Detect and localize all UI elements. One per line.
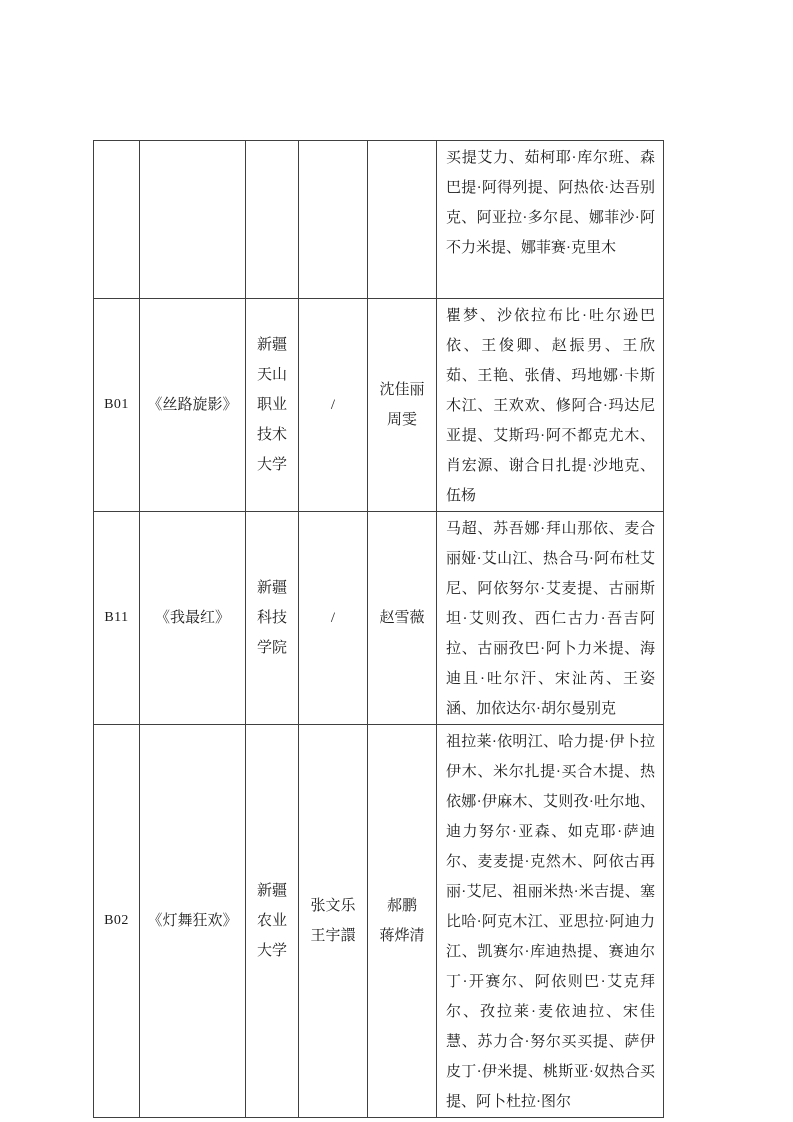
program-title-cell: 《我最红》 bbox=[140, 512, 246, 725]
program-title-cell bbox=[140, 141, 246, 299]
directors-cell: / bbox=[299, 299, 368, 512]
table-row-b01: B01 《丝路旋影》 新疆 天山 职业 技术 大学 / 沈佳丽 周雯 瞿梦、沙依… bbox=[94, 299, 664, 512]
performers-cell: 瞿梦、沙依拉布比·吐尔逊巴依、王俊卿、赵振男、王欣茹、王艳、张倩、玛地娜·卡斯木… bbox=[437, 299, 664, 512]
school-cell: 新疆 科技 学院 bbox=[246, 512, 299, 725]
directors-cell: / bbox=[299, 512, 368, 725]
instructors-cell: 赵雪薇 bbox=[368, 512, 437, 725]
table-row-b11: B11 《我最红》 新疆 科技 学院 / 赵雪薇 马超、苏吾娜·拜山那依、麦合丽… bbox=[94, 512, 664, 725]
program-code-cell: B02 bbox=[94, 725, 140, 1118]
program-table: 买提艾力、茹柯耶·库尔班、森巴提·阿得列提、阿热依·达吾别克、阿亚拉·多尔昆、娜… bbox=[93, 140, 664, 1118]
instructors-cell: 沈佳丽 周雯 bbox=[368, 299, 437, 512]
instructors-cell bbox=[368, 141, 437, 299]
program-code-cell: B11 bbox=[94, 512, 140, 725]
program-code-cell: B01 bbox=[94, 299, 140, 512]
table-row-continued: 买提艾力、茹柯耶·库尔班、森巴提·阿得列提、阿热依·达吾别克、阿亚拉·多尔昆、娜… bbox=[94, 141, 664, 299]
directors-cell bbox=[299, 141, 368, 299]
school-cell bbox=[246, 141, 299, 299]
performers-cell: 祖拉莱·依明江、哈力提·伊卜拉伊木、米尔扎提·买合木提、热依娜·伊麻木、艾则孜·… bbox=[437, 725, 664, 1118]
instructors-cell: 郝鹏 蒋烨清 bbox=[368, 725, 437, 1118]
school-cell: 新疆 农业 大学 bbox=[246, 725, 299, 1118]
performers-cell: 买提艾力、茹柯耶·库尔班、森巴提·阿得列提、阿热依·达吾别克、阿亚拉·多尔昆、娜… bbox=[437, 141, 664, 299]
program-title-cell: 《灯舞狂欢》 bbox=[140, 725, 246, 1118]
performers-cell: 马超、苏吾娜·拜山那依、麦合丽娅·艾山江、热合马·阿布杜艾尼、阿依努尔·艾麦提、… bbox=[437, 512, 664, 725]
school-cell: 新疆 天山 职业 技术 大学 bbox=[246, 299, 299, 512]
program-code-cell bbox=[94, 141, 140, 299]
table-row-b02: B02 《灯舞狂欢》 新疆 农业 大学 张文乐 王宇譞 郝鹏 蒋烨清 祖拉莱·依… bbox=[94, 725, 664, 1118]
directors-cell: 张文乐 王宇譞 bbox=[299, 725, 368, 1118]
program-title-cell: 《丝路旋影》 bbox=[140, 299, 246, 512]
